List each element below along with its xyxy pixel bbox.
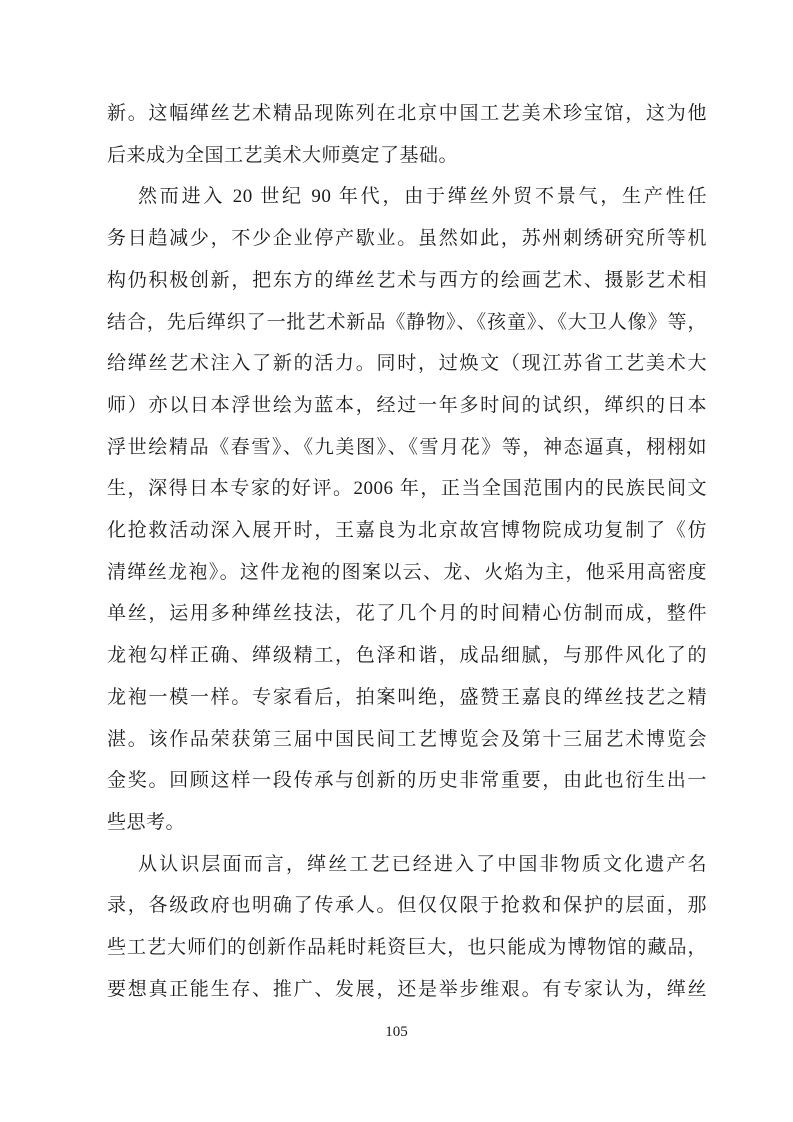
- text-line: 师）亦以日本浮世绘为蓝本，经过一年多时间的试织，缂织的日本: [107, 385, 707, 427]
- text-line: 然而进入 20 世纪 90 年代，由于缂丝外贸不景气，生产性任: [107, 176, 707, 218]
- text-line: 浮世绘精品《春雪》、《九美图》、《雪月花》等，神态逼真，栩栩如: [107, 427, 707, 469]
- text-line: 龙袍勾样正确、缂级精工，色泽和谐，成品细腻，与那件风化了的: [107, 635, 707, 677]
- text-line: 些思考。: [107, 802, 707, 844]
- paragraph: 从认识层面而言，缂丝工艺已经进入了中国非物质文化遗产名 录，各级政府也明确了传承…: [107, 844, 707, 1011]
- text-line: 金奖。回顾这样一段传承与创新的历史非常重要，由此也衍生出一: [107, 760, 707, 802]
- text-line: 些工艺大师们的创新作品耗时耗资巨大，也只能成为博物馆的藏品，: [107, 927, 707, 969]
- text-line: 录，各级政府也明确了传承人。但仅仅限于抢救和保护的层面，那: [107, 885, 707, 927]
- text-line: 构仍积极创新，把东方的缂丝艺术与西方的绘画艺术、摄影艺术相: [107, 260, 707, 302]
- text-line: 给缂丝艺术注入了新的活力。同时，过焕文（现江苏省工艺美术大: [107, 343, 707, 385]
- text-line: 化抢救活动深入展开时，王嘉良为北京故宫博物院成功复制了《仿: [107, 510, 707, 552]
- text-line: 龙袍一模一样。专家看后，拍案叫绝，盛赞王嘉良的缂丝技艺之精: [107, 677, 707, 719]
- text-line: 单丝，运用多种缂丝技法，花了几个月的时间精心仿制而成，整件: [107, 593, 707, 635]
- text-line: 湛。该作品荣获第三届中国民间工艺博览会及第十三届艺术博览会: [107, 719, 707, 761]
- text-line: 清缂丝龙袍》。这件龙袍的图案以云、龙、火焰为主，他采用高密度: [107, 552, 707, 594]
- page-body: 新。这幅缂丝艺术精品现陈列在北京中国工艺美术珍宝馆，这为他 后来成为全国工艺美术…: [107, 93, 707, 1010]
- text-line: 要想真正能生存、推广、发展，还是举步维艰。有专家认为，缂丝: [107, 969, 707, 1011]
- page-number: 105: [0, 1022, 793, 1042]
- text-line: 生，深得日本专家的好评。2006 年，正当全国范围内的民族民间文: [107, 468, 707, 510]
- paragraph: 然而进入 20 世纪 90 年代，由于缂丝外贸不景气，生产性任 务日趋减少，不少…: [107, 176, 707, 843]
- document-page: 新。这幅缂丝艺术精品现陈列在北京中国工艺美术珍宝馆，这为他 后来成为全国工艺美术…: [0, 0, 793, 1122]
- text-line: 结合，先后缂织了一批艺术新品《静物》、《孩童》、《大卫人像》等，: [107, 302, 707, 344]
- text-line: 新。这幅缂丝艺术精品现陈列在北京中国工艺美术珍宝馆，这为他: [107, 93, 707, 135]
- paragraph: 新。这幅缂丝艺术精品现陈列在北京中国工艺美术珍宝馆，这为他 后来成为全国工艺美术…: [107, 93, 707, 176]
- text-line: 务日趋减少，不少企业停产歇业。虽然如此，苏州刺绣研究所等机: [107, 218, 707, 260]
- text-line: 后来成为全国工艺美术大师奠定了基础。: [107, 135, 707, 177]
- text-line: 从认识层面而言，缂丝工艺已经进入了中国非物质文化遗产名: [107, 844, 707, 886]
